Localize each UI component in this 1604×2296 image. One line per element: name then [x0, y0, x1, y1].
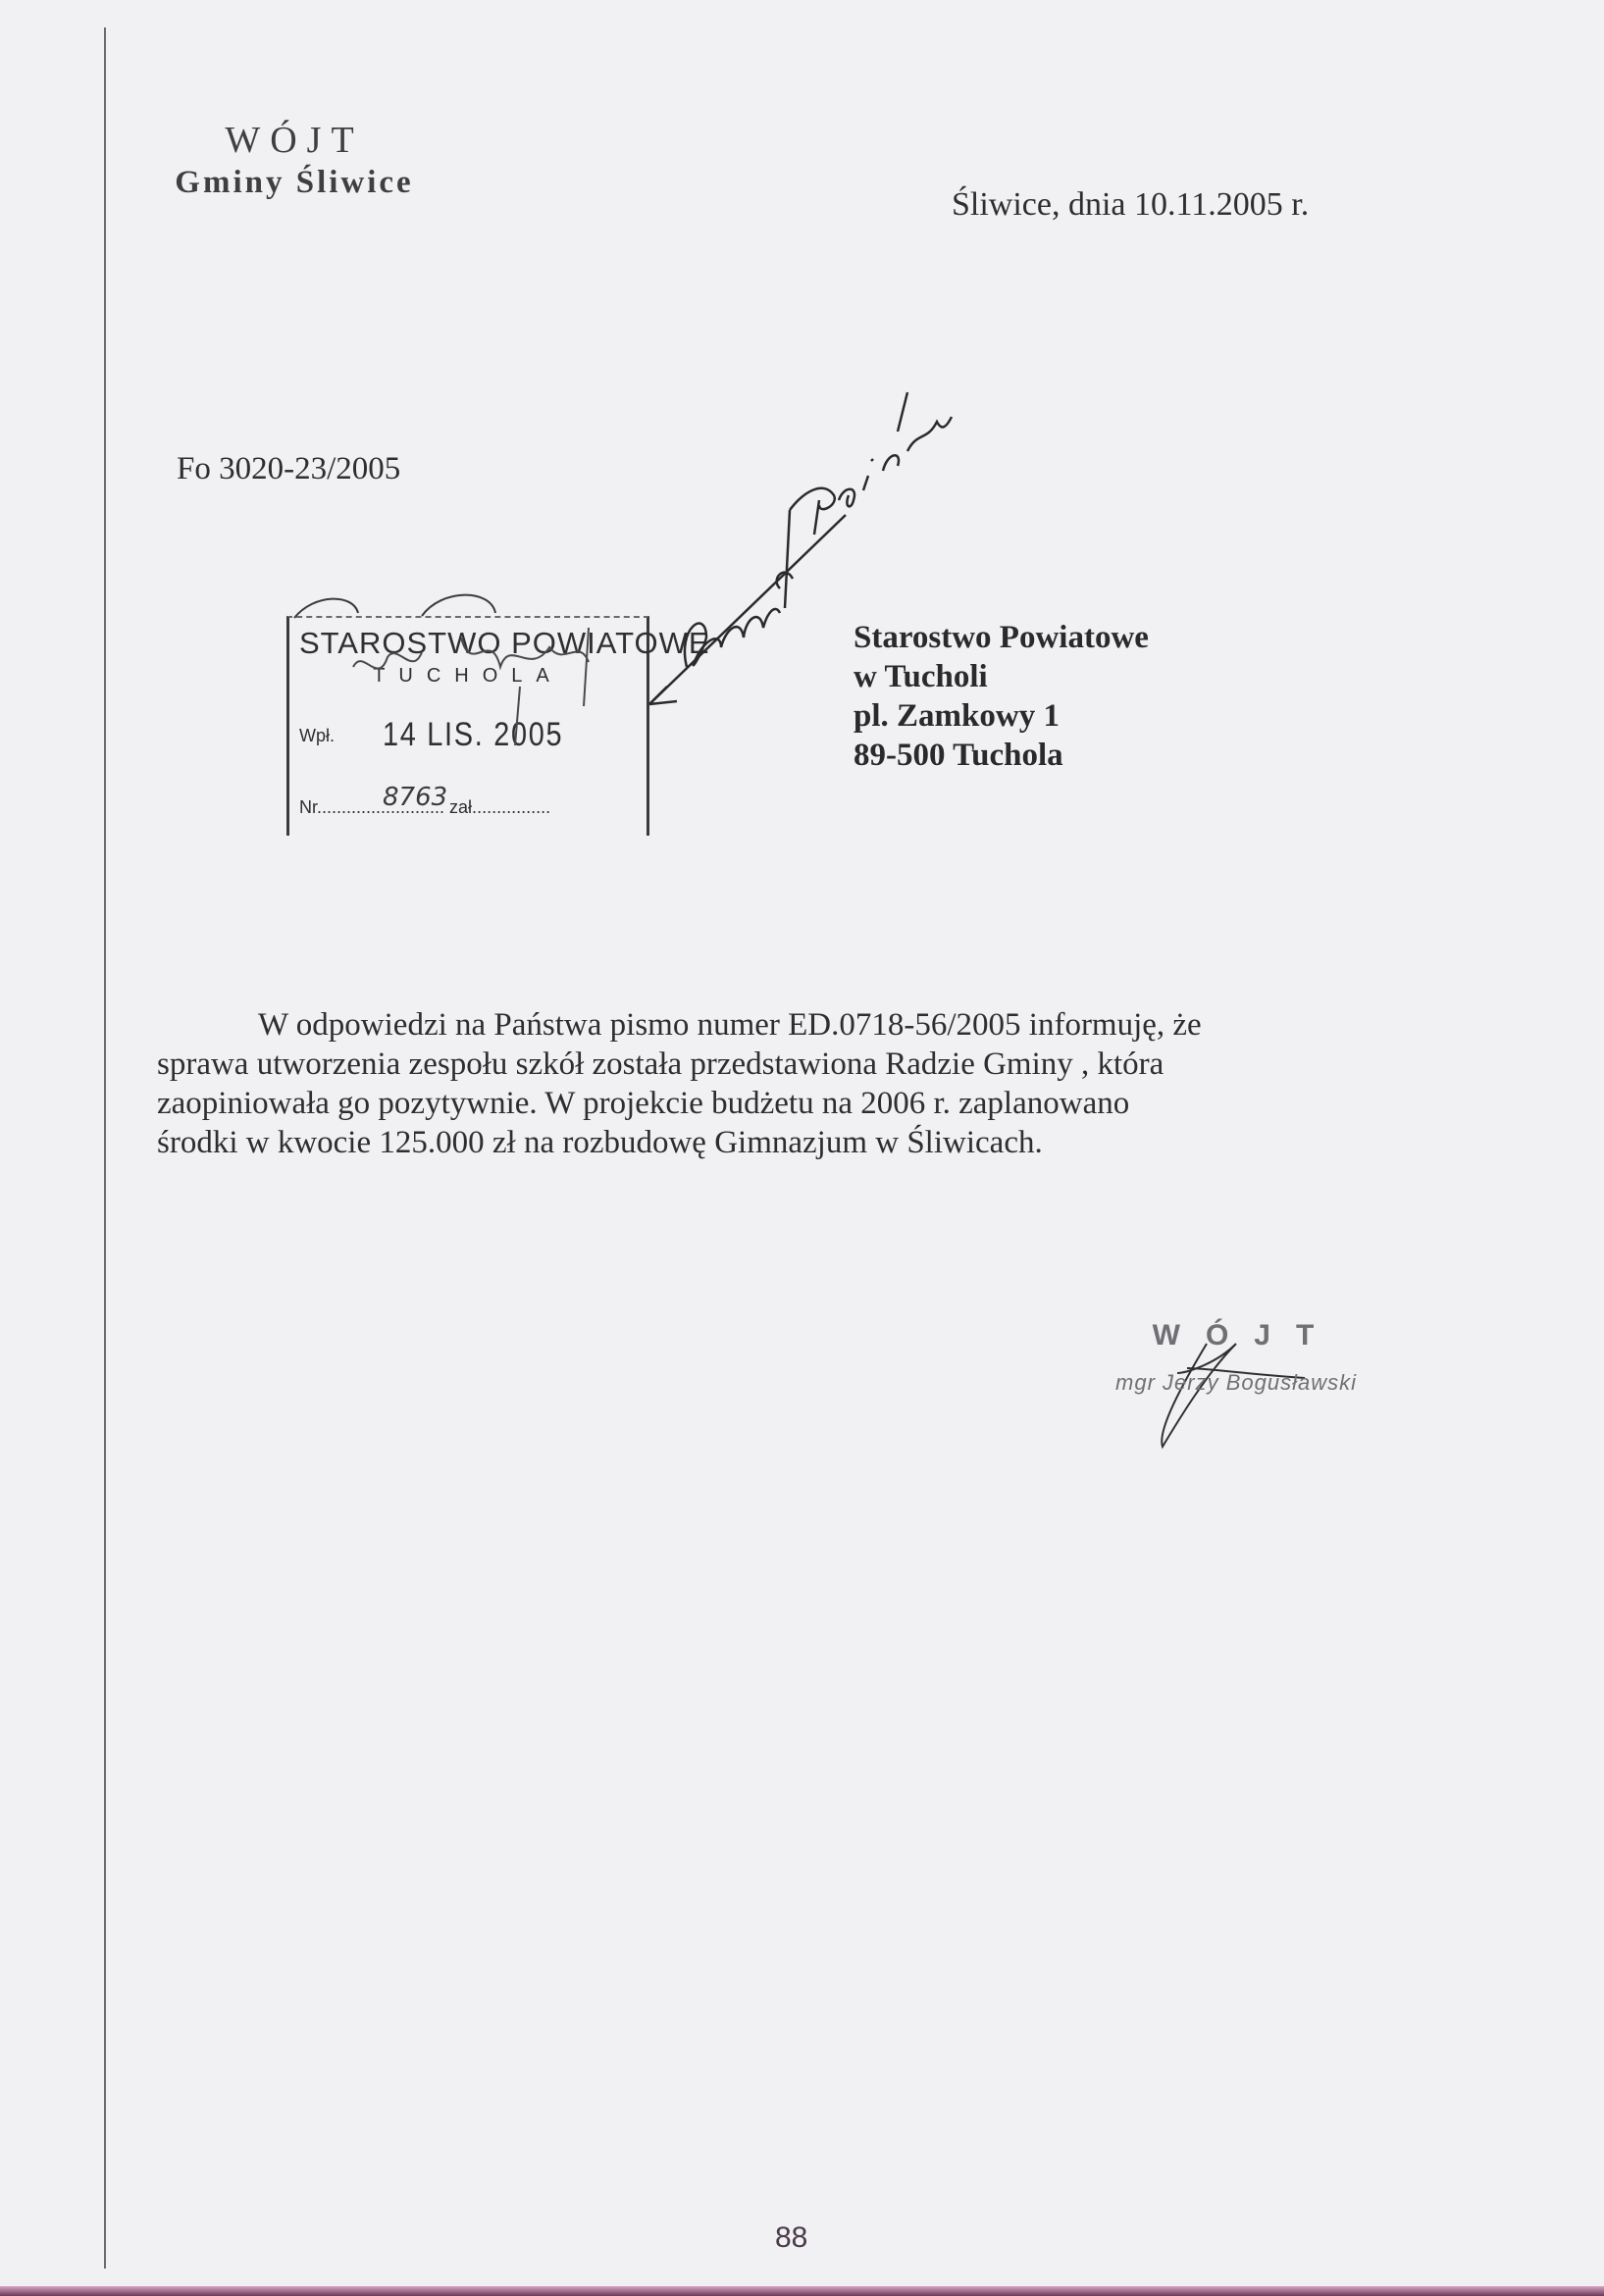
recipient-line: 89-500 Tuchola	[854, 736, 1149, 775]
signature-title: WÓJT	[1089, 1319, 1383, 1352]
signature-block: WÓJT mgr Jerzy Bogusławski	[1089, 1319, 1383, 1396]
stamp-received-date: 14 LIS. 2005	[383, 716, 563, 754]
handwritten-note-powiatu	[790, 392, 952, 535]
binding-margin-line	[104, 27, 106, 2269]
recipient-address: Starostwo Powiatowe w Tucholi pl. Zamkow…	[854, 618, 1149, 775]
body-line: sprawa utworzenia zespołu szkół została …	[157, 1045, 1373, 1084]
reference-number: Fo 3020-23/2005	[177, 451, 400, 487]
stamp-loop-marks	[294, 595, 495, 618]
stamp-city: TUCHOLA	[289, 665, 647, 688]
place-and-date: Śliwice, dnia 10.11.2005 r.	[952, 186, 1309, 224]
letter-body: W odpowiedzi na Państwa pismo numer ED.0…	[157, 1005, 1373, 1162]
handwritten-arrow-head	[649, 687, 677, 704]
stamp-attachments-dots: ...............	[477, 797, 550, 817]
letterhead: WÓJT Gminy Śliwice	[147, 118, 441, 202]
letterhead-title: WÓJT	[147, 118, 441, 163]
recipient-line: Starostwo Powiatowe	[854, 618, 1149, 657]
letterhead-subtitle: Gminy Śliwice	[147, 163, 441, 202]
stamp-number-value: 8763	[383, 783, 447, 812]
handwritten-arrow-line	[649, 515, 846, 704]
body-line: środki w kwocie 125.000 zł na rozbudowę …	[157, 1123, 1373, 1162]
stamp-attachments-label: zał.	[449, 797, 477, 817]
received-stamp: STAROSTWO POWIATOWE TUCHOLA Wpł. 14 LIS.…	[286, 616, 649, 836]
body-line: zaopiniowała go pozytywnie. W projekcie …	[157, 1084, 1373, 1123]
stamp-received-label: Wpł.	[299, 726, 335, 746]
stamp-number-label: Nr	[299, 797, 317, 817]
scan-bottom-edge	[0, 2286, 1604, 2296]
recipient-line: pl. Zamkowy 1	[854, 696, 1149, 736]
stamp-organization: STAROSTWO POWIATOWE	[299, 626, 710, 661]
signature-name: mgr Jerzy Bogusławski	[1089, 1370, 1383, 1396]
page-number: 88	[775, 2221, 807, 2255]
recipient-line: w Tucholi	[854, 657, 1149, 696]
body-line: W odpowiedzi na Państwa pismo numer ED.0…	[157, 1005, 1373, 1045]
